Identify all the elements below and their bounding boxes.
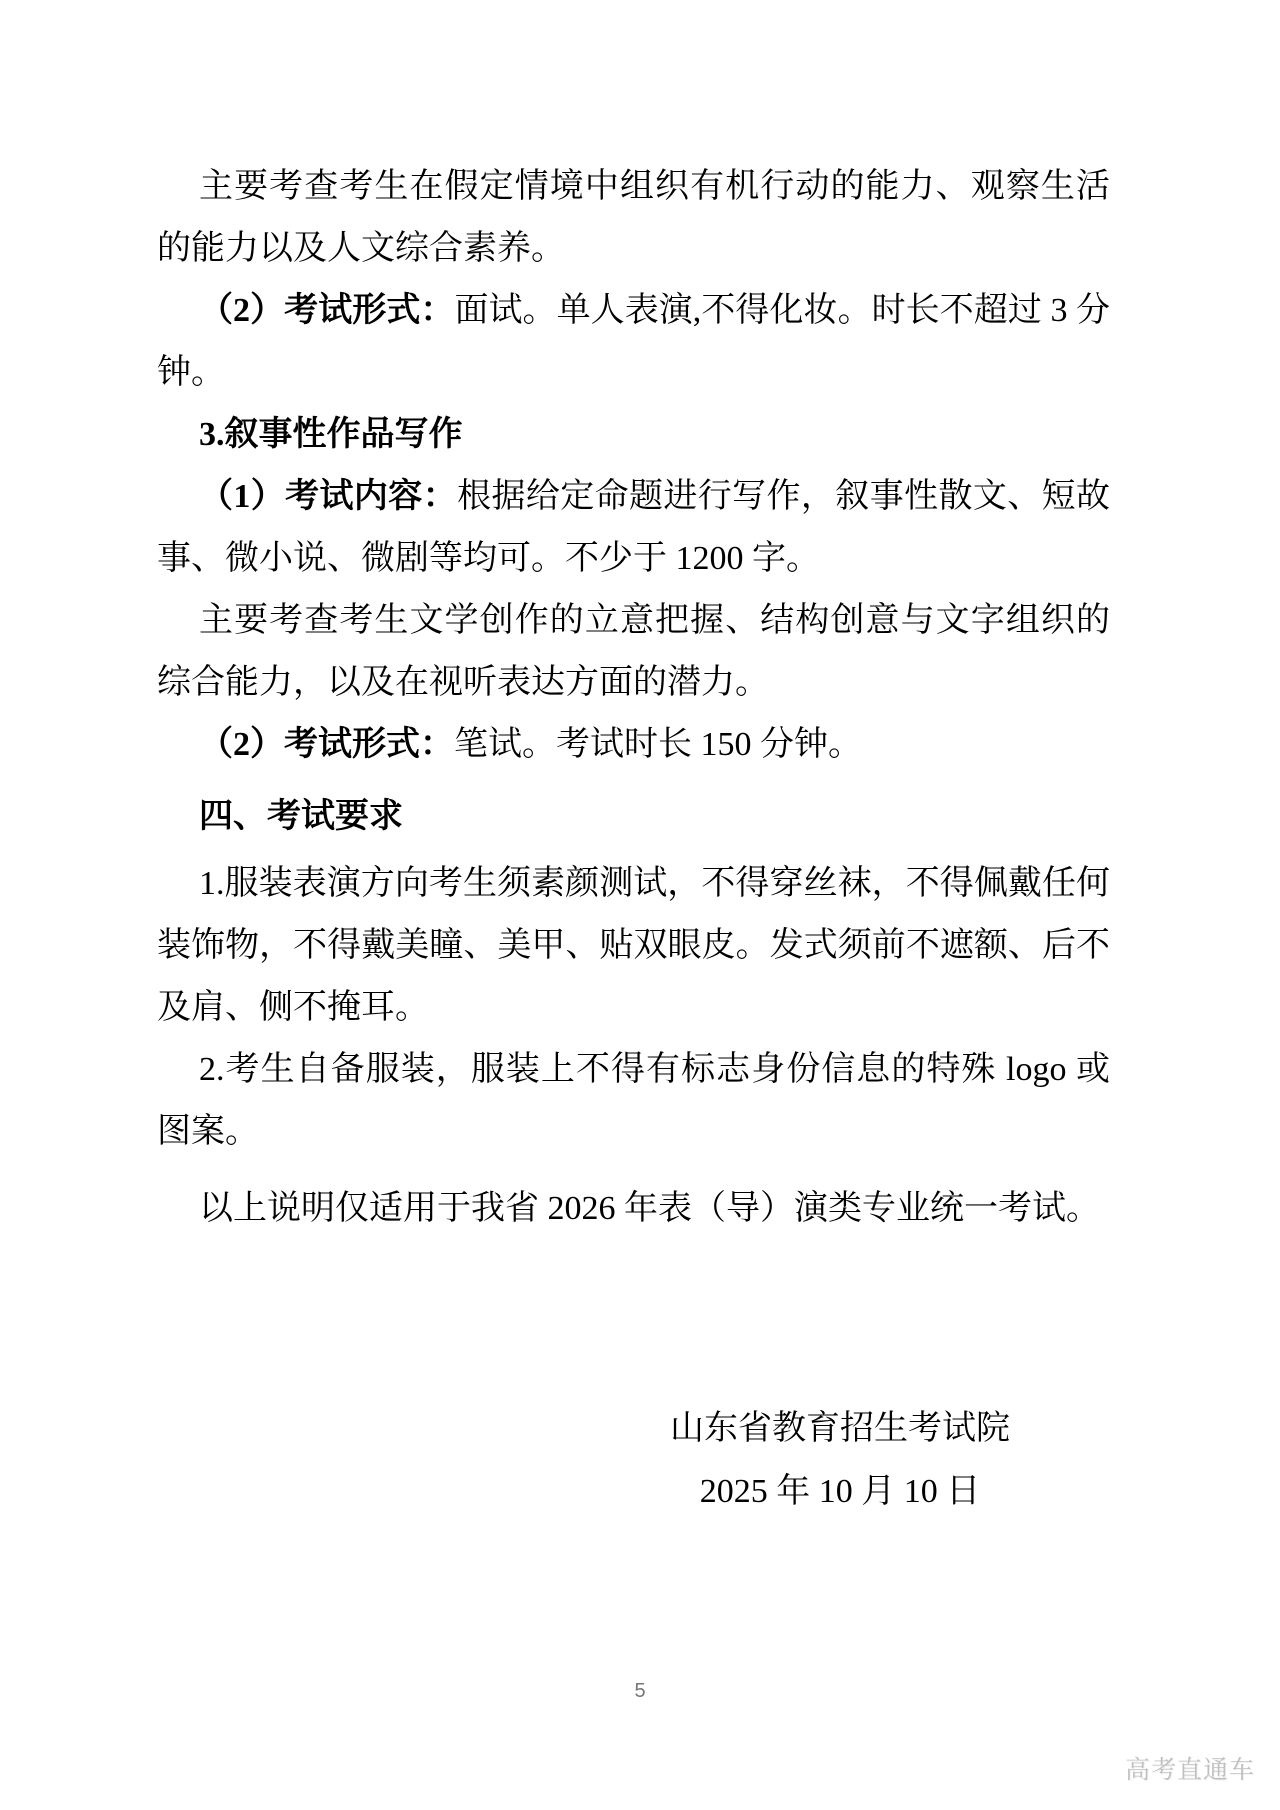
text-run: 以上说明仅适用于我省 2026 年表（导）演类专业统一考试。: [199, 1190, 1100, 1227]
paragraph: 1.服装表演方向考生须素颜测试，不得穿丝袜，不得佩戴任何装饰物，不得戴美瞳、美甲…: [157, 853, 1110, 1039]
bold-text-run: 四、考试要求: [199, 798, 403, 835]
signature-issuer: 山东省教育招生考试院: [640, 1397, 1040, 1460]
text-run: 主要考查考生文学创作的立意把握、结构创意与文字组织的综合能力，以及在视听表达方面…: [157, 602, 1110, 701]
paragraph: （2）考试形式：面试。单人表演,不得化妆。时长不超过 3 分钟。: [157, 280, 1110, 404]
bold-text-run: （2）考试形式：: [199, 292, 454, 329]
paragraph: 以上说明仅适用于我省 2026 年表（导）演类专业统一考试。: [157, 1178, 1110, 1240]
section-heading: 3.叙事性作品写作: [157, 404, 1110, 466]
paragraph: 主要考查考生在假定情境中组织有机行动的能力、观察生活的能力以及人文综合素养。: [157, 156, 1110, 280]
page-number: 5: [0, 1680, 1280, 1703]
paragraph: 主要考查考生文学创作的立意把握、结构创意与文字组织的综合能力，以及在视听表达方面…: [157, 590, 1110, 714]
bold-text-run: （2）考试形式：: [199, 726, 454, 763]
bold-text-run: （1）考试内容：: [199, 478, 457, 515]
text-run: 1.服装表演方向考生须素颜测试，不得穿丝袜，不得佩戴任何装饰物，不得戴美瞳、美甲…: [157, 865, 1110, 1026]
bold-text-run: 3.叙事性作品写作: [199, 416, 463, 453]
signature-block: 山东省教育招生考试院 2025 年 10 月 10 日: [640, 1397, 1040, 1523]
watermark: 高考直通车: [1125, 1750, 1255, 1786]
text-run: 笔试。考试时长 150 分钟。: [454, 726, 862, 763]
section-heading: 四、考试要求: [157, 786, 1110, 848]
paragraph: 2.考生自备服装，服装上不得有标志身份信息的特殊 logo 或图案。: [157, 1039, 1110, 1163]
text-run: 2.考生自备服装，服装上不得有标志身份信息的特殊 logo 或图案。: [157, 1051, 1110, 1150]
document-body: 主要考查考生在假定情境中组织有机行动的能力、观察生活的能力以及人文综合素养。（2…: [157, 156, 1110, 1240]
document-page: 主要考查考生在假定情境中组织有机行动的能力、观察生活的能力以及人文综合素养。（2…: [0, 0, 1280, 1810]
paragraph: （1）考试内容：根据给定命题进行写作，叙事性散文、短故事、微小说、微剧等均可。不…: [157, 466, 1110, 590]
paragraph: （2）考试形式：笔试。考试时长 150 分钟。: [157, 714, 1110, 776]
signature-date: 2025 年 10 月 10 日: [640, 1460, 1040, 1523]
text-run: 主要考查考生在假定情境中组织有机行动的能力、观察生活的能力以及人文综合素养。: [157, 168, 1110, 267]
